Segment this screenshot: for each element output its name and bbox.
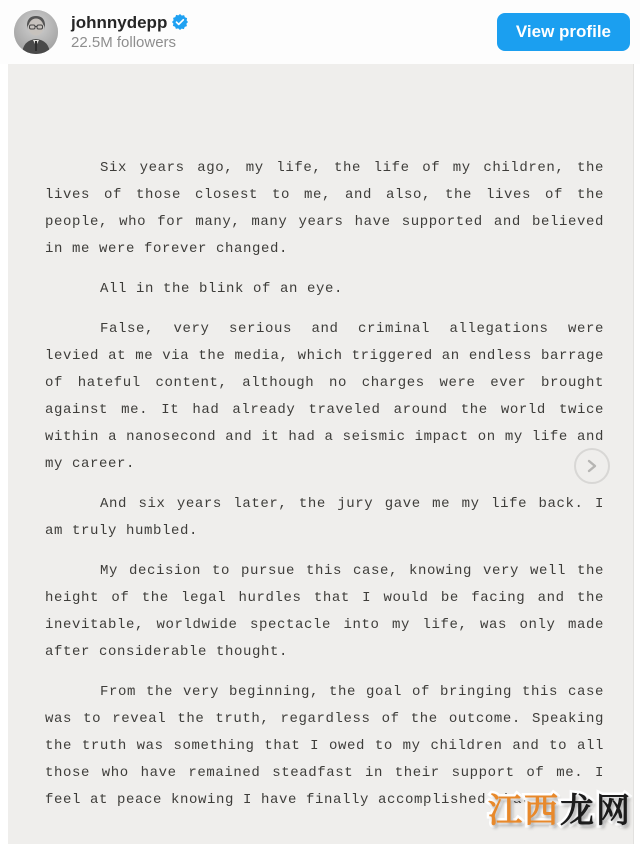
verified-badge-icon bbox=[172, 14, 188, 30]
statement-paragraph: And six years later, the jury gave me my… bbox=[45, 491, 604, 545]
typed-statement: Six years ago, my life, the life of my c… bbox=[45, 64, 604, 827]
profile-header: johnnydepp 22.5M followers View profile bbox=[0, 0, 640, 64]
profile-name-block: johnnydepp 22.5M followers bbox=[71, 13, 188, 52]
statement-paragraph: My decision to pursue this case, knowing… bbox=[45, 558, 604, 666]
avatar-photo-icon bbox=[14, 10, 58, 54]
post-image[interactable]: Six years ago, my life, the life of my c… bbox=[8, 64, 634, 844]
statement-paragraph: Six years ago, my life, the life of my c… bbox=[45, 155, 604, 263]
username[interactable]: johnnydepp bbox=[71, 13, 167, 33]
followers-count: 22.5M followers bbox=[71, 34, 188, 51]
site-watermark: 江西龙网 bbox=[488, 783, 632, 832]
watermark-part-1: 江西 bbox=[488, 792, 560, 830]
statement-paragraph: False, very serious and criminal allegat… bbox=[45, 316, 604, 478]
chevron-right-icon bbox=[584, 458, 600, 474]
avatar[interactable] bbox=[14, 10, 58, 54]
watermark-part-2: 龙网 bbox=[560, 792, 632, 830]
carousel-next-button[interactable] bbox=[574, 448, 610, 484]
statement-paragraph: All in the blink of an eye. bbox=[45, 276, 604, 303]
view-profile-button[interactable]: View profile bbox=[497, 13, 630, 51]
